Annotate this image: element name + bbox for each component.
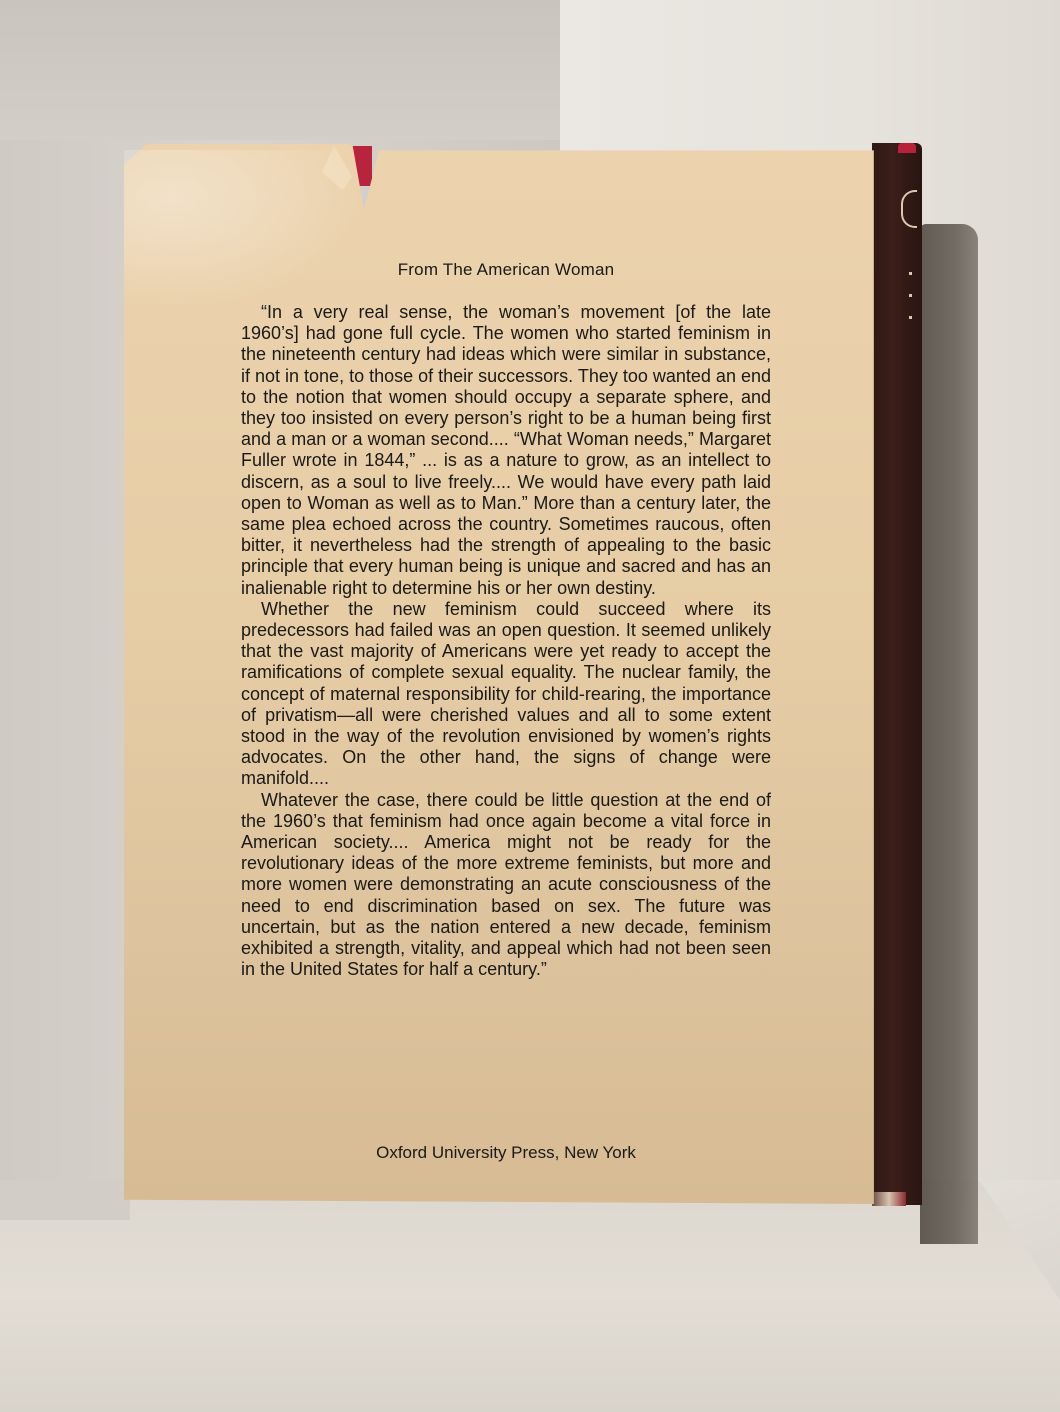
spine-emblem-icon [901, 190, 917, 228]
quote-paragraph: Whatever the case, there could be little… [241, 790, 771, 981]
quote-paragraph: “In a very real sense, the woman’s movem… [241, 302, 771, 599]
publisher-imprint: Oxford University Press, New York [241, 1143, 771, 1163]
floor-edge [0, 1180, 130, 1220]
spine-worn-corner [872, 1192, 906, 1206]
quote-paragraph: Whether the new feminism could succeed w… [241, 599, 771, 790]
book-spine [872, 143, 922, 1205]
quote-excerpt: “In a very real sense, the woman’s movem… [241, 302, 771, 981]
background-wall-shadow [0, 0, 560, 140]
floor-surface [0, 1180, 1060, 1412]
book-shadow [920, 224, 978, 1244]
spine-cloth-tip [898, 143, 916, 153]
cover-heading: From The American Woman [241, 260, 771, 280]
spine-scuffs [909, 272, 912, 332]
cover-text-block: From The American Woman “In a very real … [241, 250, 771, 981]
